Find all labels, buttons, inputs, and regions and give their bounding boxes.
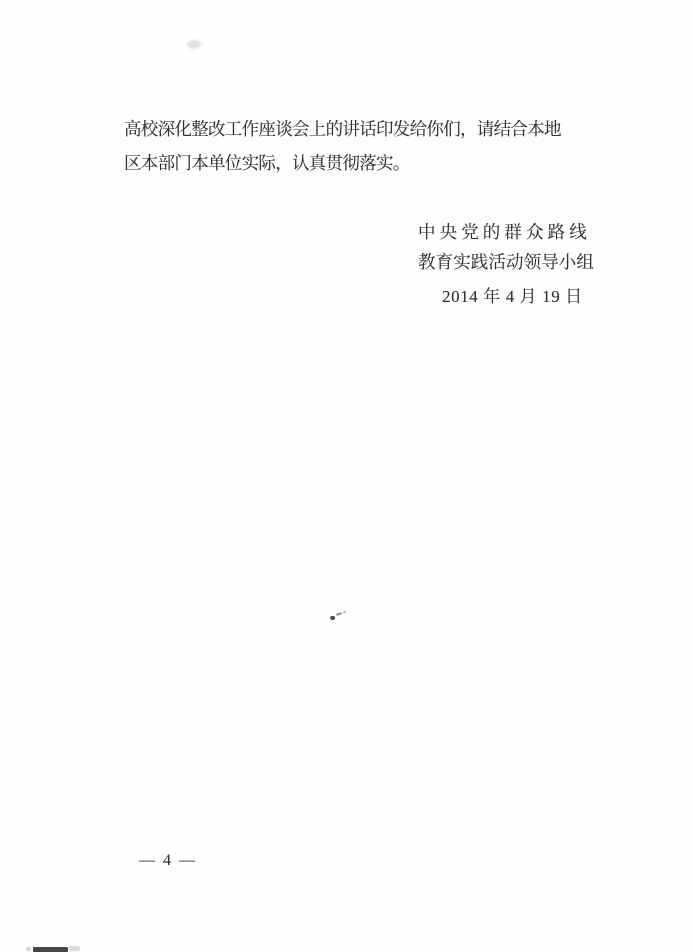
scan-artifact-ink-speck-faint [343, 611, 346, 613]
scan-artifact-ink-speck-dot [330, 616, 336, 621]
signature-org-line-2: 教育实践活动领导小组 [418, 254, 594, 272]
scan-artifact-bottom-bar-faint-dot [26, 947, 31, 951]
body-paragraph-line-2: 区本部门本单位实际，认真贯彻落实。 [124, 155, 410, 173]
document-page: 高校深化整改工作座谈会上的讲话印发给你们，请结合本地 区本部门本单位实际，认真贯… [0, 0, 693, 952]
scan-artifact-bottom-bar [33, 947, 68, 952]
scan-artifact-ink-speck-tick [336, 612, 342, 616]
body-paragraph-line-1: 高校深化整改工作座谈会上的讲话印发给你们，请结合本地 [124, 121, 561, 139]
page-number: — 4 — [139, 853, 197, 869]
signature-org-line-1: 中央党的群众路线 [418, 224, 591, 242]
scan-artifact-faint-smudge [187, 40, 201, 49]
signature-date: 2014 年 4 月 19 日 [442, 288, 583, 305]
scan-artifact-bottom-bar-speck [69, 946, 80, 951]
